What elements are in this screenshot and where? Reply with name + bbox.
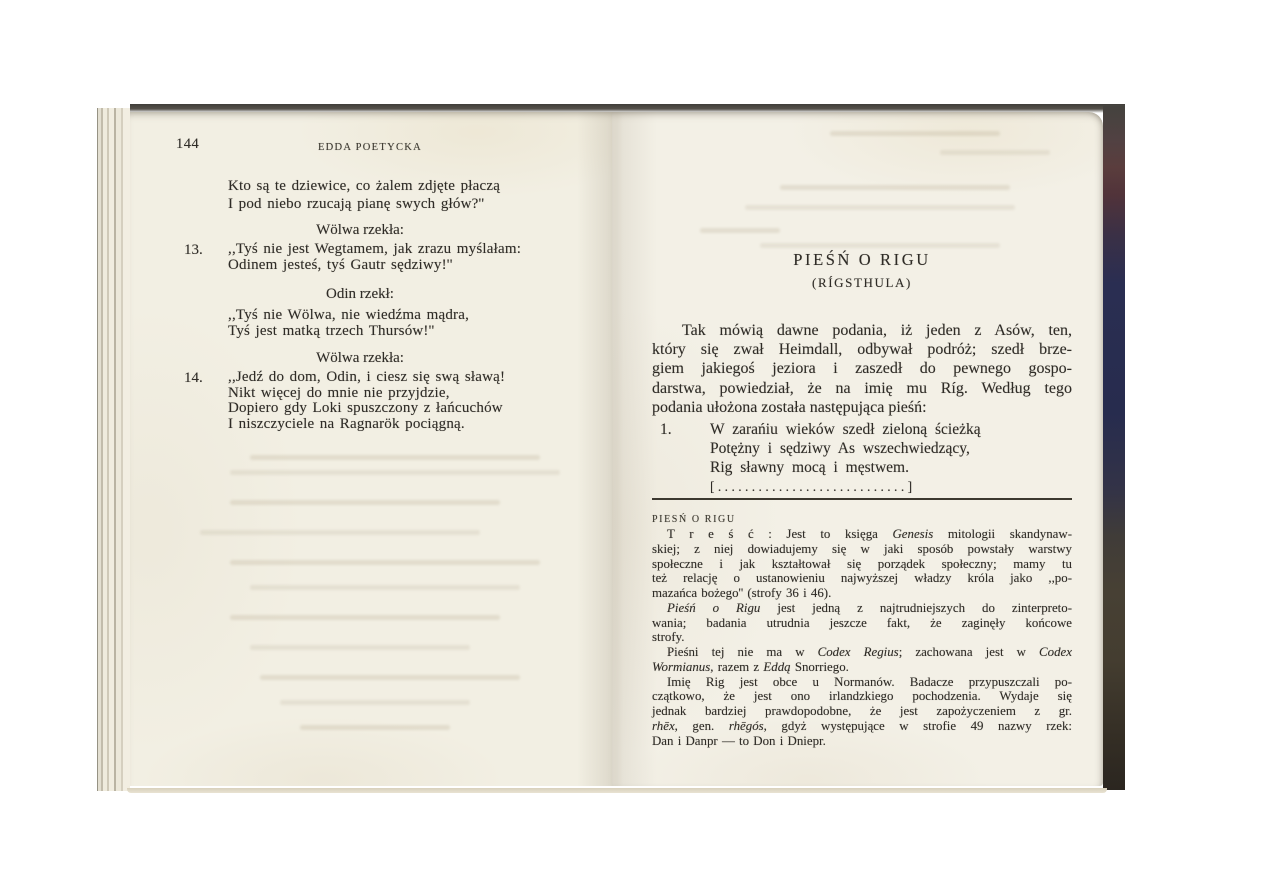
footnote-line: skiej; z niej dowiadujemy się w jaki spo… (652, 542, 1072, 557)
verse-line: Odinem jesteś, tyś Gautr sędziwy!'' (228, 258, 521, 274)
book-bottom-page-edge (127, 788, 1107, 793)
book-scan: 144 EDDA POETYCKA Kto są te dziewice, co… (97, 104, 1125, 793)
verse-line: Kto są te dziewice, co żalem zdjęte płac… (228, 177, 500, 195)
verse-line: Dopiero gdy Loki spuszczony z łańcuchów (228, 401, 505, 417)
page-number: 144 (176, 136, 199, 153)
chapter-title: PIEŚŃ O RIGU (652, 250, 1072, 270)
verse-line: Tyś jest matką trzech Thursów!'' (228, 324, 469, 340)
stanza-13: ,,Tyś nie jest Wegtamem, jak zrazu myśla… (228, 242, 521, 273)
footnote-line: Imię Rig jest obce u Normanów. Badacze p… (652, 675, 1072, 690)
footnote-line: rhēx, gen. rhēgós, gdyż występujące w st… (652, 719, 1072, 734)
footnote-line: strofy. (652, 630, 1072, 645)
speaker-heading: Wölwa rzekła: (200, 222, 520, 239)
verse-line: Nikt więcej do mnie nie przyjdzie, (228, 386, 505, 402)
right-page: PIEŚŃ O RIGU (RÍGSTHULA) Tak mówią dawne… (612, 112, 1103, 786)
verse-line: I pod niebo rzucają pianę swych głów?'' (228, 195, 500, 213)
scan-backdrop-right-strip (1103, 106, 1125, 790)
stanza-number: 1. (660, 420, 672, 439)
footnote-line: Pieśni tej nie ma w Codex Regius; zachow… (652, 645, 1072, 660)
stanza-1: 1. W zarańiu wieków szedł zieloną ścieżk… (652, 420, 1072, 496)
verse-line: ,,Tyś nie jest Wegtamem, jak zrazu myśla… (228, 242, 521, 258)
verse-couplet: Kto są te dziewice, co żalem zdjęte płac… (228, 177, 500, 213)
running-header: EDDA POETYCKA (280, 142, 460, 153)
omission-bracket-line: [............................] (652, 477, 1072, 496)
footnote-line: Pieśń o Rigu jest jedną z najtrudniejszy… (652, 601, 1072, 616)
verse-line: W zarańiu wieków szedł zieloną ścieżką (652, 420, 1072, 439)
verse-line: ,,Tyś nie Wölwa, nie wiedźma mądra, (228, 308, 469, 324)
footnote-line: czątkowo, że jest ono irlandzkiego pocho… (652, 689, 1072, 704)
stanza-number: 14. (184, 370, 203, 387)
intro-line: darstwa, powiedział, że na imię mu Ríg. … (652, 379, 1072, 398)
verse-line: I niszczyciele na Ragnarök pociągną. (228, 417, 505, 433)
intro-line: który się zwał Heimdall, odbywał podróż;… (652, 340, 1072, 359)
right-page-text-column: PIEŚŃ O RIGU (RÍGSTHULA) Tak mówią dawne… (652, 112, 1072, 786)
verse-line: Rig sławny mocą i męstwem. (652, 458, 1072, 477)
footnote-line: też relację o ustanowieniu najwyższej wł… (652, 571, 1072, 586)
intro-line: Tak mówią dawne podania, iż jeden z Asów… (652, 321, 1072, 340)
footnote-line: Dan i Danpr — to Don i Dniepr. (652, 734, 1072, 749)
stanza-14: ,,Jedź do dom, Odin, i ciesz się swą sła… (228, 370, 505, 432)
intro-paragraph: Tak mówią dawne podania, iż jeden z Asów… (652, 321, 1072, 417)
chapter-subtitle: (RÍGSTHULA) (652, 275, 1072, 291)
scanned-book-spread: 144 EDDA POETYCKA Kto są te dziewice, co… (0, 0, 1263, 893)
footnote-line: jednak bardziej prawdopodobne, że jest z… (652, 704, 1072, 719)
intro-line: giem jakiegoś jeziora i zaszedł do pewne… (652, 359, 1072, 378)
verse-line: Potężny i sędziwy As wszechwiedzący, (652, 439, 1072, 458)
intro-line: podania ułożona została następująca pieś… (652, 398, 1072, 417)
speaker-heading: Wölwa rzekła: (200, 350, 520, 367)
footnote-line: T r e ś ć : Jest to księga Genesis mitol… (652, 527, 1072, 542)
footnote-line: wania; badania utrudnia jeszcze fakt, że… (652, 616, 1072, 631)
footnote-block: T r e ś ć : Jest to księga Genesis mitol… (652, 527, 1072, 748)
footnote-line: Wormianus, razem z Eddą Snorriego. (652, 660, 1072, 675)
footnote-line: mazańca bożego'' (strofy 36 i 46). (652, 586, 1072, 601)
footnote-line: społeczne i jak kształtował się porządek… (652, 557, 1072, 572)
book-fore-edge-page-stack (97, 108, 130, 791)
left-page: 144 EDDA POETYCKA Kto są te dziewice, co… (130, 112, 612, 786)
verse-line: ,,Jedź do dom, Odin, i ciesz się swą sła… (228, 370, 505, 386)
footnote-separator-rule (652, 498, 1072, 500)
footnote-label: PIESŃ O RIGU (652, 514, 736, 525)
odin-reply-stanza: ,,Tyś nie Wölwa, nie wiedźma mądra, Tyś … (228, 308, 469, 339)
stanza-number: 13. (184, 242, 203, 259)
speaker-heading: Odin rzekł: (200, 286, 520, 303)
